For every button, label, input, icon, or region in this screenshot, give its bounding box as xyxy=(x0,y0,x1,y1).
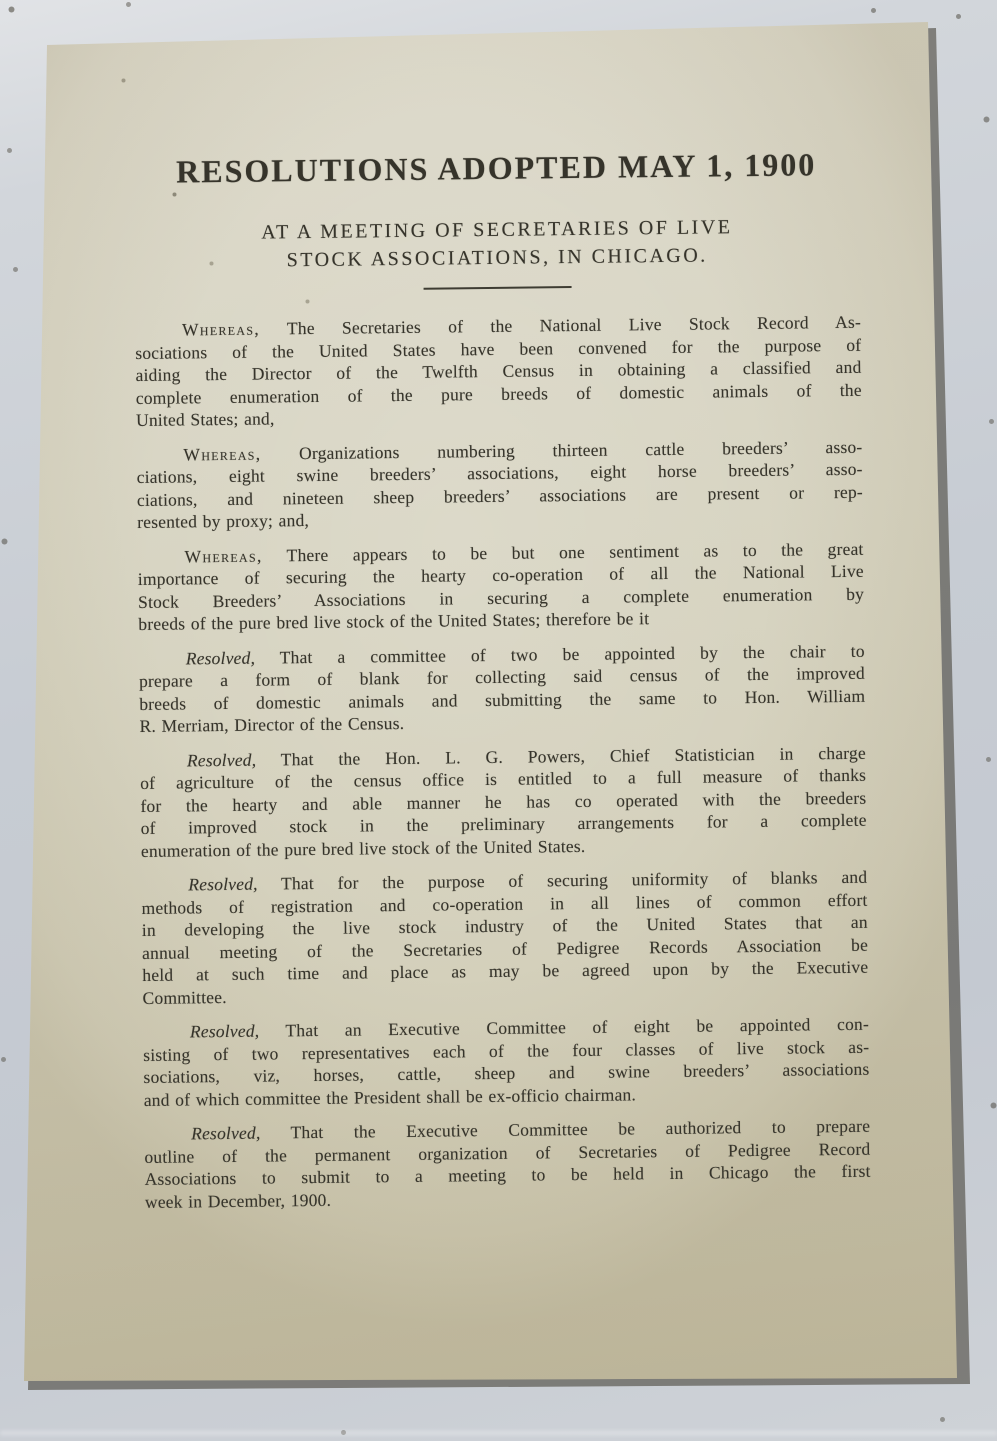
paragraph: Resolved, That for the purpose of securi… xyxy=(141,866,868,1009)
title-divider-rule xyxy=(424,286,572,290)
paragraph-lead-word: Resolved, xyxy=(190,1021,260,1042)
paragraph-lead-word: Whereas, xyxy=(182,319,260,340)
paragraph: Whereas, The Secretaries of the National… xyxy=(135,311,862,432)
paragraph-lead-word: Resolved, xyxy=(187,749,257,770)
paragraph-lead-word: Whereas, xyxy=(184,545,262,566)
photo-specks xyxy=(0,0,3,3)
paragraph-lead-word: Resolved, xyxy=(191,1123,261,1144)
document-content: RESOLUTIONS ADOPTED MAY 1, 1900 AT A MEE… xyxy=(133,144,871,1213)
photo-background: RESOLUTIONS ADOPTED MAY 1, 1900 AT A MEE… xyxy=(0,0,997,1441)
paragraph: Whereas, Organizations numbering thirtee… xyxy=(136,435,863,533)
paragraph-lead-word: Resolved, xyxy=(188,874,258,895)
paragraph: Resolved, That an Executive Committee of… xyxy=(143,1013,870,1111)
paragraph: Resolved, That the Executive Committee b… xyxy=(144,1115,871,1213)
paragraph-lead-word: Resolved, xyxy=(186,647,256,668)
paragraph: Whereas, There appears to be but one sen… xyxy=(137,537,864,635)
paragraph-lead-word: Whereas, xyxy=(183,443,261,464)
paragraph: Resolved, That a committee of two be app… xyxy=(139,639,866,737)
document-body: Whereas, The Secretaries of the National… xyxy=(135,311,871,1213)
paragraph: Resolved, That the Hon. L. G. Powers, Ch… xyxy=(140,741,867,862)
document-title: RESOLUTIONS ADOPTED MAY 1, 1900 xyxy=(133,144,859,192)
